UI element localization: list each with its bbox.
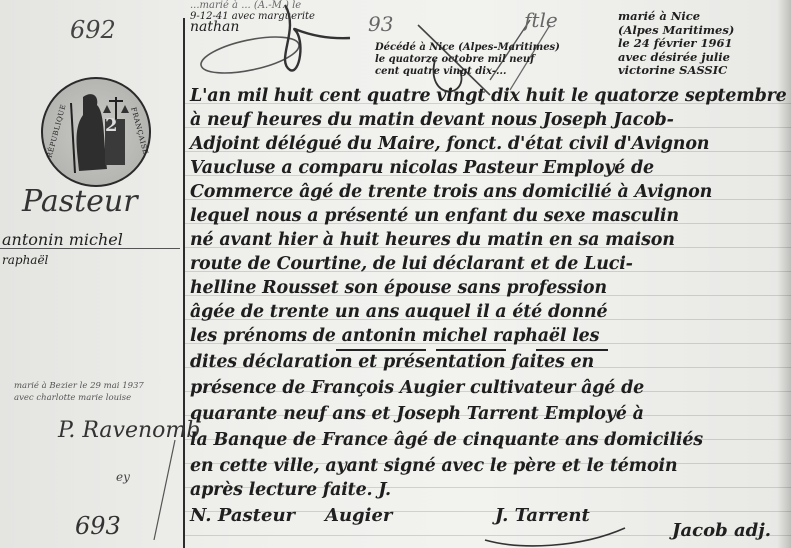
body-line: après lecture faite. J. <box>190 480 391 500</box>
body-line: quarante neuf ans et Joseph Tarrent Empl… <box>190 404 644 424</box>
body-line: présence de François Augier cultivateur … <box>190 378 644 398</box>
margin-marriage-note: marié à Bezier le 29 mai 1937 avec charl… <box>14 380 144 404</box>
stamp-value: 2 <box>105 115 118 136</box>
signature-flourish <box>480 520 630 548</box>
margin-marriage-line: marié à Bezier le 29 mai 1937 <box>14 380 144 392</box>
body-line: Vaucluse a comparu nicolas Pasteur Emplo… <box>190 158 654 178</box>
marriage-note-line: victorine SASSIC <box>618 64 734 78</box>
death-note: Décédé à Nice (Alpes-Maritimes) le quato… <box>375 42 560 78</box>
body-line: L'an mil huit cent quatre vingt dix huit… <box>190 86 787 106</box>
birth-register-page: 692 693 ...marié à ... (A.-M.) le 9-12-4… <box>0 0 791 548</box>
given-names-line: antonin michel <box>2 230 123 250</box>
death-note-line: le quatorze octobre mil neuf <box>375 54 560 66</box>
body-line: dites déclaration et présentation faites… <box>190 352 594 372</box>
pencil-annotation-right: ftle <box>524 8 558 32</box>
marriage-note-right: marié à Nice (Alpes Maritimes) le 24 fév… <box>618 10 734 78</box>
margin-rule <box>183 18 185 548</box>
margin-surname: Pasteur <box>22 184 138 219</box>
signature-witness-1: Augier <box>325 505 392 526</box>
death-note-line: cent quatre vingt dix-... <box>375 66 560 78</box>
body-line: la Banque de France âgé de cinquante ans… <box>190 430 703 450</box>
margin-marriage-line: avec charlotte marie louise <box>14 392 144 404</box>
body-line: lequel nous a présenté un enfant du sexe… <box>190 206 679 226</box>
body-line: helline Rousset son épouse sans professi… <box>190 278 607 298</box>
name-underline <box>336 349 426 351</box>
signature-officer: Jacob adj. <box>672 520 771 541</box>
revenue-stamp: 2 RÉPUBLIQUE FRANÇAISE <box>41 77 151 187</box>
marriage-note-line: avec désirée julie <box>618 51 734 65</box>
name-underline <box>436 349 506 351</box>
signature-father: N. Pasteur <box>190 505 295 526</box>
name-underline <box>536 349 608 351</box>
marriage-note-line: marié à Nice <box>618 10 734 24</box>
register-number-bottom: 693 <box>75 512 121 540</box>
margin-initials: ey <box>116 470 130 484</box>
body-line: à neuf heures du matin devant nous Josep… <box>190 110 674 130</box>
pencil-annotation-left: 93 <box>368 12 393 36</box>
register-number-top: 692 <box>70 16 116 44</box>
margin-given-names: antonin michel raphaël <box>2 230 123 270</box>
body-line: les prénoms de antonin michel raphaël le… <box>190 326 599 346</box>
body-line: en cette ville, ayant signé avec le père… <box>190 456 677 476</box>
page-edge-shadow <box>777 0 791 548</box>
marriage-note-line: (Alpes Maritimes) <box>618 24 734 38</box>
marriage-note-line: le 24 février 1961 <box>618 37 734 51</box>
margin-diagonal-stroke <box>150 440 180 540</box>
death-note-line: Décédé à Nice (Alpes-Maritimes) <box>375 42 560 54</box>
given-names-line: raphaël <box>2 250 123 270</box>
body-line: route de Courtine, de lui déclarant et d… <box>190 254 633 274</box>
body-line: né avant hier à huit heures du matin en … <box>190 230 675 250</box>
body-line: âgée de trente un ans auquel il a été do… <box>190 302 607 322</box>
body-line: Adjoint délégué du Maire, fonct. d'état … <box>190 134 709 154</box>
body-line: Commerce âgé de trente trois ans domicil… <box>190 182 712 202</box>
margin-underline <box>0 248 180 249</box>
